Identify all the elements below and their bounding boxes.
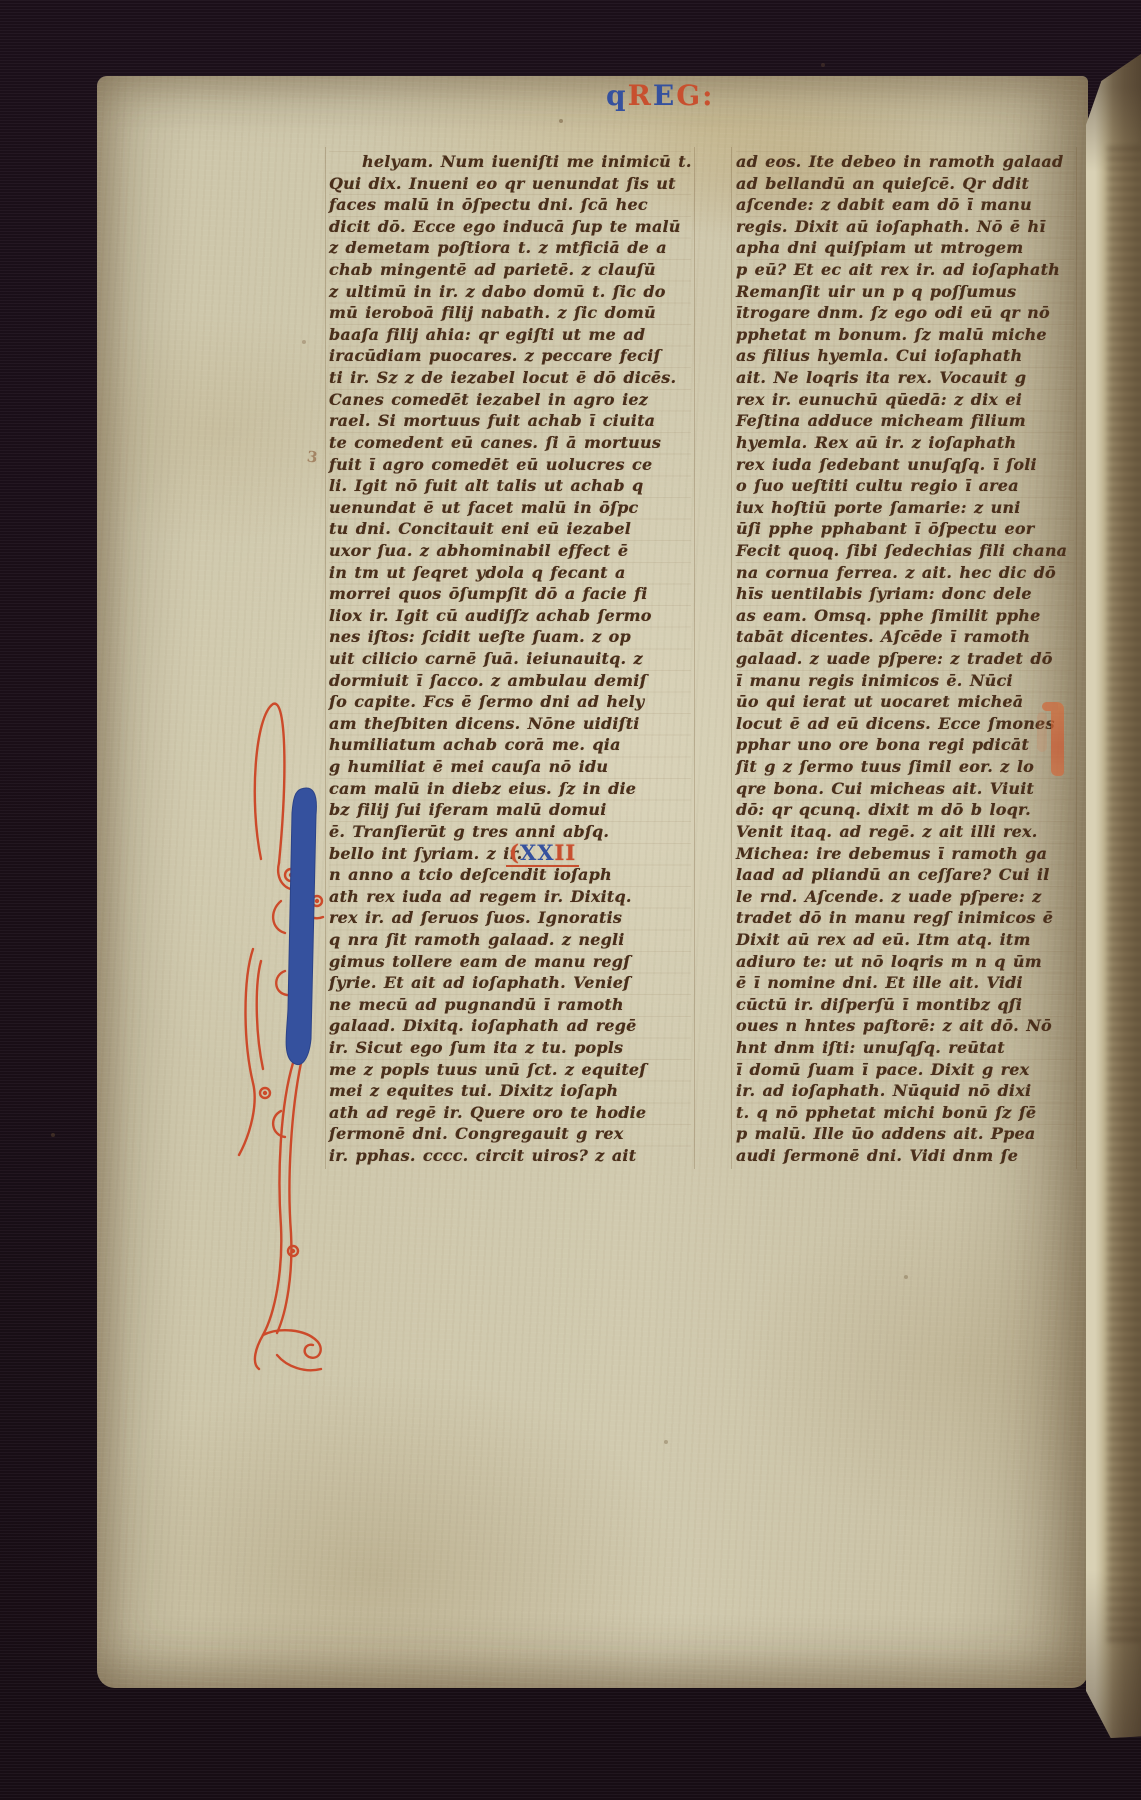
manuscript-line: dormiuit ī ſacco. z ambulau demiſ: [329, 670, 691, 692]
manuscript-line: ne mecū ad pugnandū ī ramoth: [329, 994, 691, 1016]
manuscript-line: uxor ſua. z abhominabil effect ē: [329, 540, 691, 562]
manuscript-line: gimus tollere eam de manu regſ: [329, 951, 691, 973]
manuscript-line: iracūdiam puocares. z peccare feciſ: [329, 345, 691, 367]
manuscript-line: laad ad pliandū an ceſſare? Cui il: [736, 864, 1074, 886]
manuscript-line: g humiliat ē mei cauſa nō idu: [329, 756, 691, 778]
manuscript-line: li. Igit nō fuit alt talis ut achab q: [329, 475, 691, 497]
manuscript-line: as filius hyemla. Cui ioſaphath: [736, 345, 1074, 367]
manuscript-line: ir. Sicut ego ſum ita z tu. popls: [329, 1037, 691, 1059]
manuscript-line: hnt dnm iſti: unuſqſq. reūtat: [736, 1037, 1074, 1059]
manuscript-line: ūo qui ierat ut uocaret micheā: [736, 691, 1074, 713]
manuscript-line: uit cilicio carnē ſuā. ieiunauitq. z: [329, 648, 691, 670]
book-fore-edge: [1086, 54, 1141, 1738]
manuscript-line: apha dni quiſpiam ut mtrogem: [736, 237, 1074, 259]
manuscript-line: faces malū in ōſpectu dni. ſcā hec: [329, 194, 691, 216]
manuscript-line: n anno a tcio deſcendit ioſaph: [329, 864, 691, 886]
manuscript-line: morrei quos ōſumpſit dō a facie fi: [329, 583, 691, 605]
running-title: qREG:: [606, 79, 714, 113]
ruling-line-center-left: [694, 147, 695, 1169]
manuscript-line: rael. Si mortuus fuit achab ī ciuita: [329, 410, 691, 432]
manuscript-line: locut ē ad eū dicens. Ecce ſmones: [736, 713, 1074, 735]
decorated-initial-I: [221, 611, 335, 1393]
running-title-letter: E: [653, 79, 676, 112]
chapter-rubric-letter: (: [509, 840, 520, 865]
manuscript-line: ſermonē dni. Congregauit g rex: [329, 1123, 691, 1145]
manuscript-line: me z popls tuus unū ſct. z equiteſ: [329, 1059, 691, 1081]
manuscript-line: p eū? Et ec ait rex ir. ad ioſaphath: [736, 259, 1074, 281]
manuscript-line: z demetam poſtiora t. z mtficiā de a: [329, 237, 691, 259]
manuscript-line: rex iuda ſedebant unuſqſq. ī ſoli: [736, 454, 1074, 476]
manuscript-line: hīs uentilabis ſyriam: donc dele: [736, 583, 1074, 605]
manuscript-line: rex ir. eunuchū qūedā: z dix ei: [736, 389, 1074, 411]
manuscript-line: bz filij ſui iferam malū domui: [329, 799, 691, 821]
manuscript-line: ir. pphas. cccc. circit uiros? z ait: [329, 1145, 691, 1167]
chapter-rubric-letter: II: [555, 840, 577, 865]
manuscript-line: aſcende: z dabit eam dō ī manu: [736, 194, 1074, 216]
manuscript-line: liox ir. Igit cū audiſſz achab ſermo: [329, 605, 691, 627]
blurred-next-page-text: [1107, 147, 1141, 1646]
manuscript-line: z ultimū in ir. z dabo domū t. ſic do: [329, 281, 691, 303]
running-title-letter: R: [628, 79, 653, 112]
manuscript-line: oues n hntes paſtorē: z ait dō. Nō: [736, 1015, 1074, 1037]
manuscript-line: galaad. z uade pſpere: z tradet dō: [736, 648, 1074, 670]
chapter-rubric-letter: X: [520, 840, 537, 865]
manuscript-line: pphar uno ore bona regi pdicāt: [736, 734, 1074, 756]
manuscript-line: cūctū ir. diſperſū ī montibz qſi: [736, 994, 1074, 1016]
manuscript-line: galaad. Dixitq. ioſaphath ad regē: [329, 1015, 691, 1037]
manuscript-line: as eam. Omsq. pphe ſimilit pphe: [736, 605, 1074, 627]
manuscript-line: te comedent eū canes. ſi ā mortuus: [329, 432, 691, 454]
running-title-letter: q: [606, 79, 628, 112]
right-text-column: ad eos. Ite debeo in ramoth galaadad bel…: [736, 151, 1074, 1167]
manuscript-line: ē ī nomine dni. Et ille ait. Vidi: [736, 972, 1074, 994]
manuscript-line: in tm ut ſeqret ydola q fecant a: [329, 562, 691, 584]
manuscript-line: ī manu regis inimicos ē. Nūci: [736, 670, 1074, 692]
running-title-letter: G: [676, 79, 702, 112]
manuscript-line: ti ir. Sz z de iezabel locut ē dō dicēs.: [329, 367, 691, 389]
manuscript-line: fuit ī agro comedēt eū uolucres ce: [329, 454, 691, 476]
manuscript-line: pphetat m bonum. ſz malū miche: [736, 324, 1074, 346]
manuscript-line: ſit g z ſermo tuus ſimil eor. z lo: [736, 756, 1074, 778]
manuscript-line: nes iſtos: ſcidit ueſte ſuam. z op: [329, 626, 691, 648]
manuscript-line: tradet dō in manu regſ inimicos ē: [736, 907, 1074, 929]
manuscript-line: rex ir. ad ſeruos ſuos. Ignoratis: [329, 907, 691, 929]
manuscript-line: p malū. Ille ūo addens ait. Ppea: [736, 1123, 1074, 1145]
manuscript-line: ūſi pphe pphabant ī ōſpectu eor: [736, 518, 1074, 540]
manuscript-line: dō: qr qcunq. dixit m dō b loqr.: [736, 799, 1074, 821]
ruling-line-center-right: [731, 147, 732, 1169]
manuscript-line: uenundat ē ut facet malū in ōſpc: [329, 497, 691, 519]
manuscript-line: adiuro te: ut nō loqris m n q ūm: [736, 951, 1074, 973]
manuscript-line: am theſbiten dicens. Nōne uidiſti: [329, 713, 691, 735]
manuscript-line: iux hoſtiū porte ſamarie: z uni: [736, 497, 1074, 519]
manuscript-line: Canes comedēt iezabel in agro iez: [329, 389, 691, 411]
manuscript-line: tabāt dicentes. Aſcēde ī ramoth: [736, 626, 1074, 648]
initial-flourish-drawing: [221, 611, 335, 1393]
manuscript-photo: qREG: helyam. Num iueniſti me inimicū t.…: [0, 0, 1141, 1800]
manuscript-line: le rnd. Aſcende. z uade pſpere: z: [736, 886, 1074, 908]
manuscript-line: hyemla. Rex aū ir. z ioſaphath: [736, 432, 1074, 454]
manuscript-line: ītrogare dnm. ſz ego odi eū qr nō: [736, 302, 1074, 324]
chapter-rubric-letter: X: [537, 840, 554, 865]
manuscript-line: ī domū ſuam ī pace. Dixit g rex: [736, 1059, 1074, 1081]
running-title-letter: :: [702, 79, 714, 112]
manuscript-line: na cornua ferrea. z ait. hec dic dō: [736, 562, 1074, 584]
manuscript-line: o ſuo ueſtiti cultu regio ī area: [736, 475, 1074, 497]
manuscript-line: ir. ad ioſaphath. Nūquid nō dixi: [736, 1080, 1074, 1102]
manuscript-line: dicit dō. Ecce ego inducā ſup te malū: [329, 216, 691, 238]
manuscript-line: Remanſit uir un p q poſſumus: [736, 281, 1074, 303]
manuscript-line: ath rex iuda ad regem ir. Dixitq.: [329, 886, 691, 908]
manuscript-line: tu dni. Concitauit eni eū iezabel: [329, 518, 691, 540]
manuscript-line: Dixit aū rex ad eū. Itm atq. itm: [736, 929, 1074, 951]
manuscript-line: Feſtina adduce micheam filium: [736, 410, 1074, 432]
manuscript-line: audi ſermonē dni. Vidi dnm ſe: [736, 1145, 1074, 1167]
manuscript-line: qre bona. Cui micheas ait. Viuit: [736, 778, 1074, 800]
manuscript-line: mei z equites tui. Dixitz ioſaph: [329, 1080, 691, 1102]
left-text-column: helyam. Num iueniſti me inimicū t.Qui di…: [329, 151, 691, 1167]
manuscript-line: t. q nō pphetat michi bonū ſz ſē: [736, 1102, 1074, 1124]
manuscript-line: baaſa filij ahia: qr egiſti ut me ad: [329, 324, 691, 346]
manuscript-line: chab mingentē ad parietē. z clauſū: [329, 259, 691, 281]
manuscript-line: Fecit quoq. ſibi ſedechias fili chana: [736, 540, 1074, 562]
manuscript-line: helyam. Num iueniſti me inimicū t.: [329, 151, 691, 173]
manuscript-line: regis. Dixit aū ioſaphath. Nō ē hī: [736, 216, 1074, 238]
manuscript-line: Michea: ire debemus ī ramoth ga: [736, 843, 1074, 865]
manuscript-line: ad bellandū an quieſcē. Qr ddit: [736, 173, 1074, 195]
red-nota-bracket: [1051, 702, 1064, 776]
chapter-number-rubric: (XXII: [506, 841, 579, 867]
manuscript-line: cam malū in diebz eius. ſz in die: [329, 778, 691, 800]
ruling-line-right: [1076, 147, 1077, 1169]
manuscript-line: Qui dix. Inueni eo qr uenundat ſis ut: [329, 173, 691, 195]
manuscript-line: q nra ſit ramoth galaad. z negli: [329, 929, 691, 951]
parchment-specks: [0, 0, 2, 2]
manuscript-line: ad eos. Ite debeo in ramoth galaad: [736, 151, 1074, 173]
manuscript-line: ath ad regē ir. Quere oro te hodie: [329, 1102, 691, 1124]
manuscript-line: mū ieroboā filij nabath. z ſic domū: [329, 302, 691, 324]
manuscript-line: humiliatum achab corā me. qia: [329, 734, 691, 756]
manuscript-line: ſyrie. Et ait ad ioſaphath. Venieſ: [329, 972, 691, 994]
manuscript-line: ait. Ne loqris ita rex. Vocauit g: [736, 367, 1074, 389]
manuscript-line: ſo capite. Fcs ē ſermo dni ad hely: [329, 691, 691, 713]
manuscript-line: Venit itaq. ad regē. z ait illi rex.: [736, 821, 1074, 843]
